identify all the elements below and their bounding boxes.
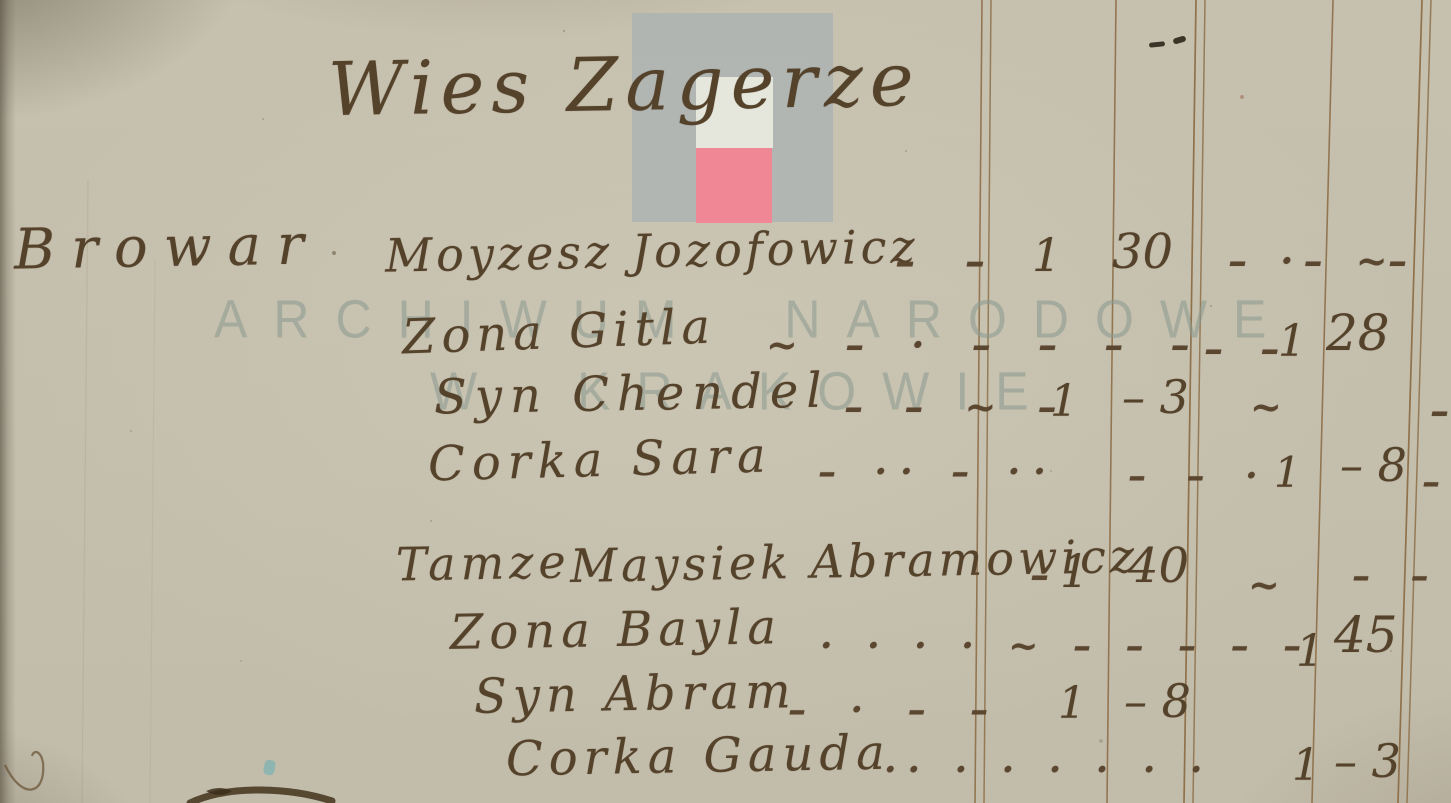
entry-4-mid-dashes: – – · bbox=[1128, 458, 1272, 494]
entry-5-edge-dashes: – – bbox=[1352, 558, 1443, 594]
entry-7-lead-dashes: – · – – bbox=[788, 692, 1004, 728]
manuscript-page: ARCHIWUM NARODOWE W KRAKOWIE Wies Zagerz… bbox=[0, 0, 1451, 803]
entry-5-trail-dashes: ~ bbox=[1248, 566, 1280, 604]
entry-4-lead-dashes: – ·· – ·· bbox=[818, 454, 1059, 490]
entry-1-tally-mark: 1 bbox=[1032, 232, 1061, 278]
entry-8-age: – 3 bbox=[1334, 738, 1401, 784]
calibration-pink-square bbox=[696, 148, 772, 223]
entry-5-name: Maysiek Abramowicz bbox=[570, 533, 1139, 589]
entry-1-name: Moyzesz Jozofowicz bbox=[385, 223, 919, 278]
page-title: Wies Zagerze bbox=[327, 43, 921, 127]
entry-4-age: – 8 bbox=[1340, 442, 1407, 488]
entry-3-age: – 3 bbox=[1122, 374, 1189, 420]
entry-3-lead-dashes: – – ~ – bbox=[844, 388, 1071, 426]
entry-8-name: Corka Gauda bbox=[506, 729, 892, 784]
entry-7-tally-mark: 1 bbox=[1058, 682, 1086, 726]
entry-1-age: 30 bbox=[1112, 228, 1173, 276]
entry-5-lead-dashes: – bbox=[1030, 556, 1049, 594]
entry-5-age: 40 bbox=[1128, 542, 1189, 590]
entry-4-name: Corka Sara bbox=[427, 431, 773, 488]
entry-3-edge-dash: – bbox=[1430, 392, 1449, 430]
entry-2-age: 28 bbox=[1326, 308, 1390, 358]
entry-1-edge-dash: – bbox=[1388, 242, 1407, 280]
entry-8-lead-dashes: ·· · · · · · · bbox=[884, 752, 1213, 788]
entry-2-name: Zona Gitla bbox=[401, 303, 716, 362]
entry-3-name: Syn Chendel bbox=[434, 367, 830, 422]
entry-3-tally-mark: 1 bbox=[1050, 380, 1078, 424]
entry-5-prefix: Tamze bbox=[396, 538, 571, 587]
entry-6-lead-dashes: · · · · ~ – – – – – bbox=[820, 628, 1312, 664]
entry-8-tally-mark: 1 bbox=[1292, 744, 1320, 788]
entry-2-lead-dashes: ~ – · – – – – bbox=[766, 326, 1206, 364]
entry-1-lead-dashes: – – bbox=[895, 242, 1003, 282]
entry-4-tally-mark: 1 bbox=[1274, 452, 1301, 494]
entry-3-trail-dashes: ~ bbox=[1250, 388, 1282, 426]
entry-6-age: 45 bbox=[1334, 610, 1398, 660]
entry-7-age: – 8 bbox=[1124, 678, 1191, 724]
entry-7-name: Syn Abram bbox=[474, 667, 797, 721]
entry-5-tally-mark: 1 bbox=[1060, 548, 1089, 594]
entry-4-trail-dashes: – bbox=[1422, 464, 1440, 500]
entry-6-tally-mark: 1 bbox=[1296, 630, 1324, 674]
paper-fiber-specks bbox=[0, 0, 2, 2]
entry-1-prefix: Browar bbox=[14, 217, 321, 278]
entry-6-name: Zona Bayla bbox=[450, 603, 783, 657]
entry-2-tally-mark: 1 bbox=[1278, 320, 1306, 364]
bottom-left-ink-stroke bbox=[0, 733, 360, 803]
entry-1-trail-dashes: – ·– ~ bbox=[1228, 242, 1398, 280]
